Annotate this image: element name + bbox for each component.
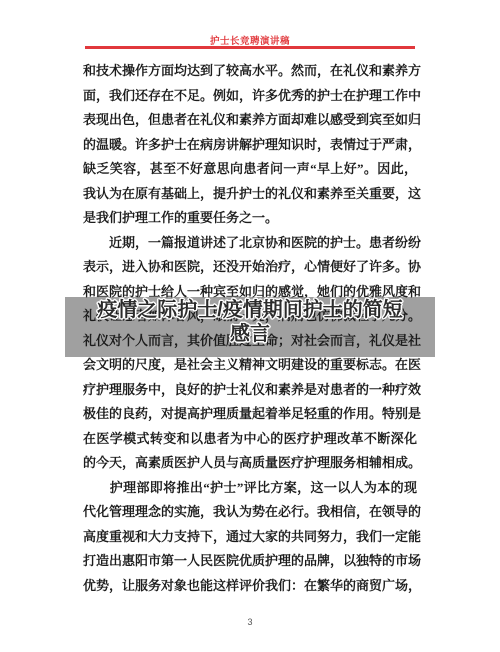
body-line: 会文明的尺度，是社会主义精神文明建设的重要标志。在医: [83, 353, 417, 378]
body-line: 近期，一篇报道讲述了北京协和医院的护士。患者纷纷: [83, 231, 417, 256]
header-rule: [85, 46, 415, 49]
overlay-title-line1: 疫情之际护士/疫情期间护士的简短: [97, 299, 403, 321]
body-line: 在医学模式转变和以患者为中心的医疗护理改革不断深化: [83, 427, 417, 452]
body-line: 疗护理服务中，良好的护士礼仪和素养是对患者的一种疗效: [83, 378, 417, 403]
body-line: 代化管理理念的实施，我认为势在必行。我相信，在领导的: [83, 500, 417, 525]
body-line: 面，我们还存在不足。例如，许多优秀的护士在护理工作中: [83, 84, 417, 109]
body-line: 表示，进入协和医院，还没开始治疗，心情便好了许多。协: [83, 255, 417, 280]
overlay-title-line2: 感言: [230, 323, 270, 345]
page-number: 3: [0, 617, 500, 627]
body-line: 我认为在原有基础上，提升护士的礼仪和素养至关重要，这: [83, 182, 417, 207]
body-line: 缺乏笑容，甚至不好意思向患者问一声“早上好”。因此，: [83, 157, 417, 182]
body-line: 的温暖。许多护士在病房讲解护理知识时，表情过于严肃，: [83, 133, 417, 158]
body-line: 极佳的良药，对提高护理质量起着举足轻重的作用。特别是: [83, 402, 417, 427]
body-line: 和技术操作方面均达到了较高水平。然而，在礼仪和素养方: [83, 59, 417, 84]
body-line: 表现出色，但患者在礼仪和素养方面却难以感受到宾至如归: [83, 108, 417, 133]
body-line: 护理部即将推出“护士”评比方案，这一以人为本的现: [83, 476, 417, 501]
body-line: 优势，让服务对象也能这样评价我们：在繁华的商贸广场，: [83, 574, 417, 599]
header-title: 护士长竞聘演讲稿: [0, 33, 500, 47]
document-page: 护士长竞聘演讲稿 和技术操作方面均达到了较高水平。然而，在礼仪和素养方面，我们还…: [0, 0, 500, 652]
body-line: 是我们护理工作的重要任务之一。: [83, 206, 417, 231]
body-line: 的今天，高素质医护人员与高质量医疗护理服务相辅相成。: [83, 451, 417, 476]
overlay-title: 疫情之际护士/疫情期间护士的简短 感言: [65, 298, 435, 346]
body-line: 高度重视和大力支持下，通过大家的共同努力，我们一定能: [83, 525, 417, 550]
body-line: 打造出惠阳市第一人民医院优质护理的品牌，以独特的市场: [83, 549, 417, 574]
